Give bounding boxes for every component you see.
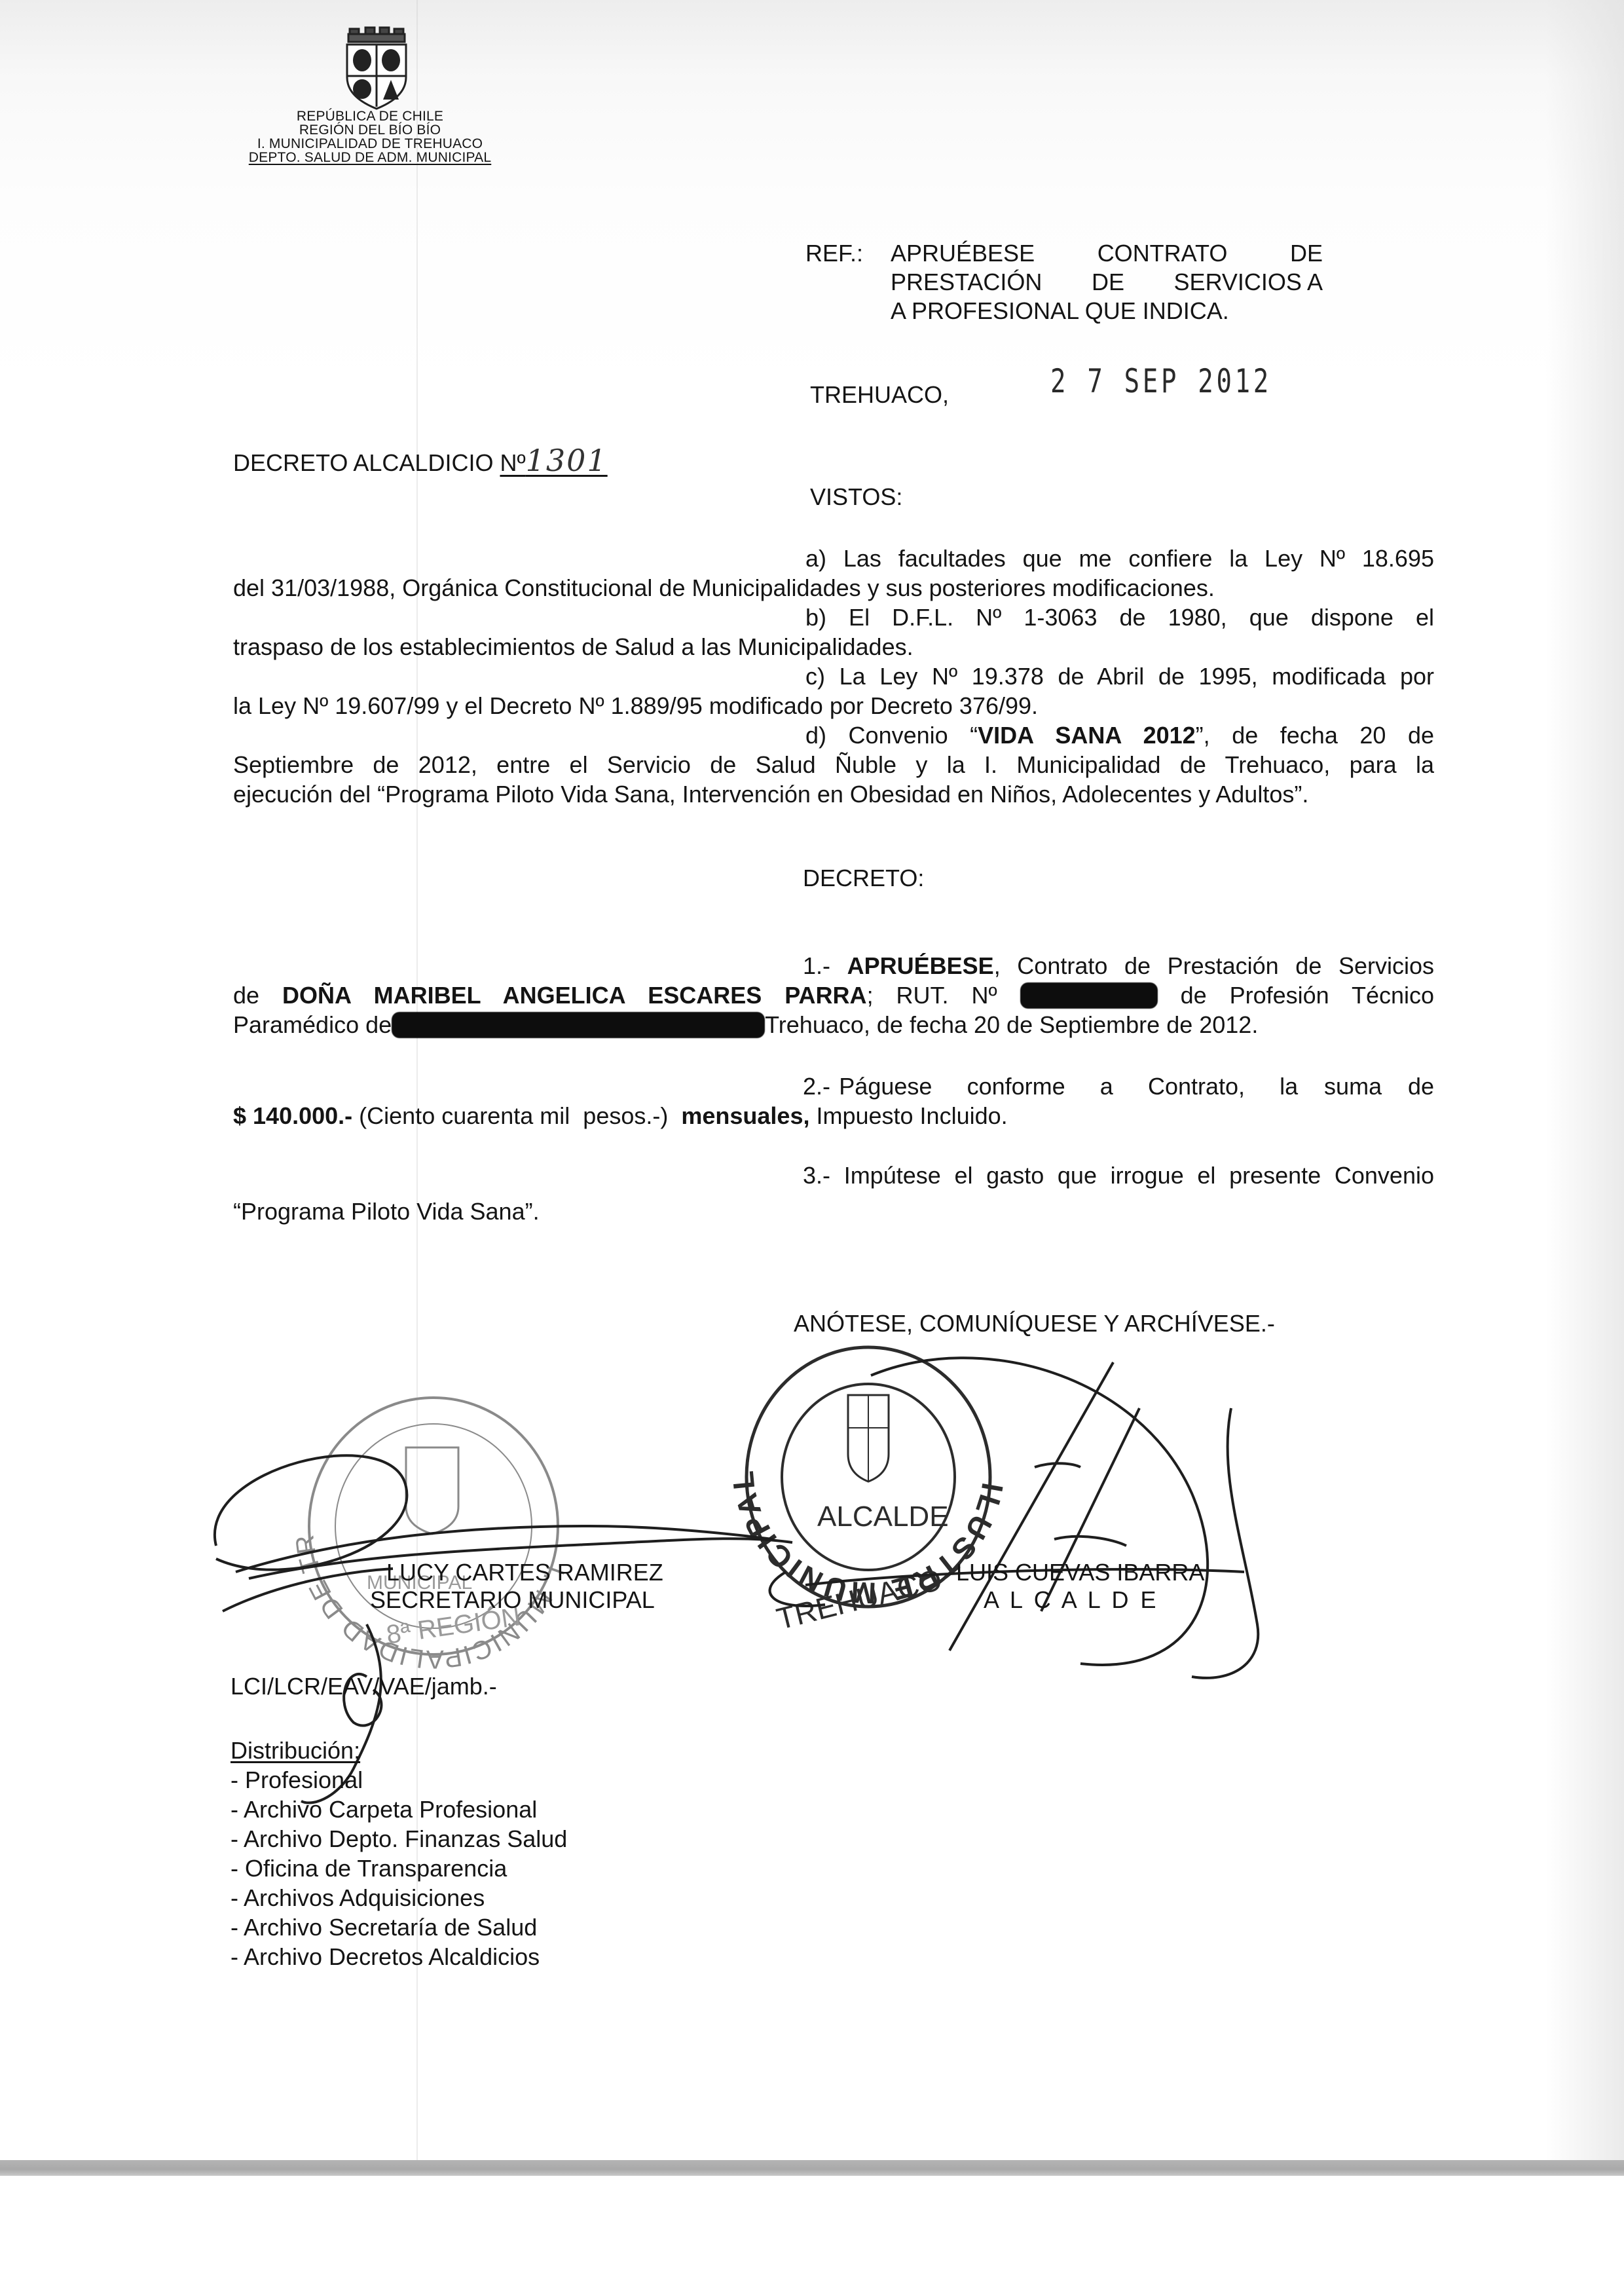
letterhead-municipality: I. MUNICIPALIDAD DE TREHUACO [223, 137, 517, 151]
item-3-first: 3.- Impútese el gasto que irrogue el pre… [803, 1162, 1434, 1189]
professional-name: DOÑA MARIBEL ANGELICA ESCARES PARRA [282, 982, 867, 1009]
vistos-item-d-post: ”, de fecha 20 de [1196, 722, 1434, 749]
decreto-heading: DECRETO: [803, 865, 924, 892]
letterhead-department: DEPTO. SALUD DE ADM. MUNICIPAL [223, 151, 517, 164]
payment-period: mensuales, [681, 1102, 809, 1129]
secretary-title: SECRETARIO MUNICIPAL [357, 1586, 663, 1614]
reference-initials: LCI/LCR/EAV/VAE/jamb.- [231, 1673, 497, 1700]
vistos-item-a-rest: del 31/03/1988, Orgánica Constitucional … [233, 573, 1434, 603]
date-stamp: 2 7 SEP 2012 [1050, 362, 1272, 400]
mayor-title: A L C A L D E [956, 1586, 1204, 1614]
distribution-title: Distribución: [231, 1736, 567, 1765]
vistos-item-d-pre: d) Convenio “ [805, 722, 978, 749]
vistos-heading: VISTOS: [810, 483, 902, 511]
vistos-item-a: a) Las facultades que me confiere la Ley… [233, 544, 1434, 603]
redacted-location [392, 1012, 765, 1038]
item-1-de: de [233, 982, 282, 1009]
redacted-rut [1020, 982, 1158, 1009]
vistos-item-a-first: a) Las facultades que me confiere la Ley… [805, 545, 1434, 572]
ref-word: SERVICIOS A [1174, 268, 1323, 297]
letterhead: REPÚBLICA DE CHILE REGIÓN DEL BÍO BÍO I.… [223, 109, 517, 164]
vistos-item-b: b) El D.F.L. Nº 1-3063 de 1980, que disp… [233, 603, 1434, 662]
vistos-item-b-first: b) El D.F.L. Nº 1-3063 de 1980, que disp… [805, 604, 1434, 631]
scan-bottom-edge [0, 2160, 1624, 2176]
ref-word: CONTRATO [1098, 239, 1228, 268]
contract-date-text: Trehuaco, de fecha 20 de Septiembre de 2… [765, 1011, 1258, 1038]
ref-word: DE [1290, 239, 1323, 268]
distribution-item: - Oficina de Transparencia [231, 1854, 567, 1883]
vistos-item-c-rest: la Ley Nº 19.607/99 y el Decreto Nº 1.88… [233, 691, 1434, 720]
ref-word: DE [1092, 268, 1124, 297]
secretary-name: LUCY CARTES RAMIREZ [357, 1559, 663, 1586]
decree-number: DECRETO ALCALDICIO Nº1301 [233, 443, 608, 478]
decree-number-prefix: Nº [500, 449, 525, 476]
place-label: TREHUACO, [810, 381, 949, 409]
vistos-item-d-line3: ejecución del “Programa Piloto Vida Sana… [233, 779, 1434, 809]
mayor-signature-block: LUIS CUEVAS IBARRA A L C A L D E [956, 1559, 1204, 1614]
item-3-rest: “Programa Piloto Vida Sana”. [233, 1197, 1434, 1226]
letterhead-region: REGIÓN DEL BÍO BÍO [223, 123, 517, 137]
mayor-name: LUIS CUEVAS IBARRA [956, 1559, 1204, 1586]
distribution-item: - Archivo Decretos Alcaldicios [231, 1942, 567, 1971]
payment-words: (Ciento cuarenta mil pesos.-) [352, 1102, 681, 1129]
vistos-item-d-line2: Septiembre de 2012, entre el Servicio de… [233, 750, 1434, 779]
letterhead-country: REPÚBLICA DE CHILE [223, 109, 517, 123]
distribution-item: - Archivos Adquisiciones [231, 1883, 567, 1912]
profession-text: de Profesión Técnico [1158, 982, 1434, 1009]
decreto-item-1: 1.- APRUÉBESE, Contrato de Prestación de… [233, 951, 1434, 1039]
paramedico-text: Paramédico de [233, 1011, 392, 1038]
payment-amount: $ 140.000.- [233, 1102, 352, 1129]
closing-formula: ANÓTESE, COMUNÍQUESE Y ARCHÍVESE.- [794, 1310, 1275, 1337]
item-1-number: 1.- [803, 952, 847, 979]
vistos-item-c: c) La Ley Nº 19.378 de Abril de 1995, mo… [233, 662, 1434, 720]
rut-label: ; RUT. Nº [867, 982, 997, 1009]
distribution-item: - Archivo Secretaría de Salud [231, 1912, 567, 1942]
ref-word: APRUÉBESE [891, 239, 1035, 268]
ref-line-3: A PROFESIONAL QUE INDICA. [891, 297, 1229, 326]
distribution-list: Distribución: - Profesional - Archivo Ca… [231, 1736, 567, 1971]
item-1-bold: APRUÉBESE [847, 952, 994, 979]
reference-label: REF.: [805, 239, 863, 268]
decreto-item-3: 3.- Impútese el gasto que irrogue el pre… [233, 1161, 1434, 1226]
payment-tax-note: Impuesto Incluido. [809, 1102, 1007, 1129]
decree-label: DECRETO ALCALDICIO [233, 449, 493, 476]
item-2-first: 2.- Páguese conforme a Contrato, la suma… [803, 1073, 1434, 1100]
vistos-item-d-bold: VIDA SANA 2012 [978, 722, 1196, 749]
distribution-item: - Archivo Depto. Finanzas Salud [231, 1824, 567, 1854]
item-1-text: , Contrato de Prestación de Servicios [994, 952, 1434, 979]
vistos-item-b-rest: traspaso de los establecimientos de Salu… [233, 632, 1434, 662]
decreto-item-2: 2.- Páguese conforme a Contrato, la suma… [233, 1072, 1434, 1130]
secretary-signature-block: LUCY CARTES RAMIREZ SECRETARIO MUNICIPAL [357, 1559, 663, 1614]
distribution-item: - Profesional [231, 1765, 567, 1795]
vistos-item-c-first: c) La Ley Nº 19.378 de Abril de 1995, mo… [805, 663, 1434, 690]
ref-word: PRESTACIÓN [891, 268, 1042, 297]
distribution-item: - Archivo Carpeta Profesional [231, 1795, 567, 1824]
decree-number-handwritten: 1301 [526, 443, 608, 478]
vistos-item-d: d) Convenio “VIDA SANA 2012”, de fecha 2… [233, 720, 1434, 809]
municipal-coat-of-arms-icon [341, 25, 413, 110]
